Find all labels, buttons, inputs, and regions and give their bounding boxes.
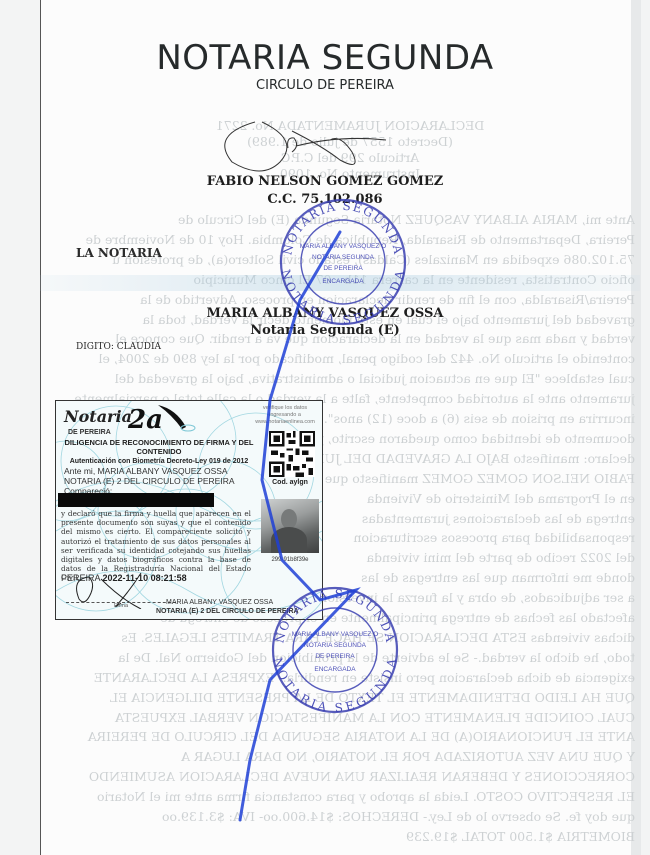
sticker-appearance: Ante mi, MARIA ALBANY VASQUEZ OSSA NOTAR… — [64, 466, 256, 496]
sticker-authentication: Autenticación con Biometría Decreto-Ley … — [64, 458, 254, 465]
signer-id-number: C.C. 75.102.086 — [0, 192, 650, 207]
bleed-through-line: Ante mi, MARIA ALBANY VASQUEZ Notaria Se… — [75, 212, 635, 227]
bleed-through-line: Y QUE UNA VEZ AUTORIZADA POR EL NOTARIO,… — [75, 749, 635, 764]
notary-title: Notaria Segunda (E) — [0, 323, 650, 338]
qr-code-label: Cod. aylgn — [260, 479, 320, 486]
bleed-through-line: exigencia de dicha declaracion pero insi… — [75, 670, 635, 685]
bleed-through-line: Pereira, Departamento de Risaralda, Repu… — [75, 232, 635, 247]
bleed-through-line: DECLARACION JURAMENTADA No. 2271 — [200, 118, 500, 133]
bleed-through-line: que doy fe. Se observo lo de Ley.- DEREC… — [75, 809, 635, 824]
bleed-through-line: dichas viviendas ESTA DECLARACION SE HAC… — [75, 630, 635, 645]
verification-hash: 299-91b8f39e — [260, 557, 320, 563]
qr-code-icon — [269, 431, 315, 477]
scan-highlight-band — [40, 275, 640, 291]
bleed-through-line: contenido el articulo No. 442 del codigo… — [75, 351, 635, 366]
bleed-through-line: QUE HA LEIDO DETENIDAMENTE EL TEXTO DE L… — [75, 690, 635, 705]
sticker-heading: DILIGENCIA DE RECONOCIMIENTO DE FIRMA Y … — [64, 438, 254, 456]
bleed-through-line: ANTE EL FUNCIONARIO(A) DE LA NOTARIA SEG… — [75, 729, 635, 744]
notary-label: LA NOTARIA — [76, 246, 162, 260]
notary-name: MARIA ALBANY VASQUEZ OSSA — [0, 306, 650, 321]
typist-label: DIGITO: CLAUDIA — [76, 342, 161, 352]
quill-icon — [156, 403, 196, 433]
bleed-through-line: CORRECCIONES Y DEBERAN REALIZAR UNA NUEV… — [75, 769, 635, 784]
sticker-logo-city: DE PEREIRA — [68, 429, 111, 436]
sticker-notary-name: MARIA ALBANY VASQUEZ OSSA — [166, 599, 273, 606]
sticker-notary-title: NOTARIA (E) 2 DEL CIRCULO DE PEREIRA — [156, 608, 299, 615]
notary-office-title: NOTARIA SEGUNDA — [0, 38, 650, 78]
notary-office-subtitle: CIRCULO DE PEREIRA — [0, 78, 650, 93]
page-edge-shadow — [631, 0, 641, 855]
bleed-through-line: (Decreto 1557 de julio de 1.989) — [200, 134, 500, 149]
bleed-through-line: todo, he dicho la verdad.- Se le adviert… — [75, 650, 635, 665]
bleed-through-line: EL RESPECTIVO COSTO. Leida la aprobo y p… — [75, 789, 635, 804]
bleed-through-line: Pereira/Risaralda, con el fin de rendir … — [75, 292, 635, 307]
authentication-sticker: Notaria 2a DE PEREIRA verifique los dato… — [55, 400, 323, 620]
bleed-through-line: cual establece "El que en actuacion judi… — [75, 371, 635, 386]
signer-name: FABIO NELSON GOMEZ GOMEZ — [0, 174, 650, 189]
bleed-through-line: Articulo 299 del C.P.C — [200, 150, 500, 165]
bleed-through-line: BIOMETRIA $1.500 TOTAL $19.239 — [75, 829, 635, 844]
sticker-verify-text: verifique los datos ingresando a www.not… — [252, 405, 318, 426]
bleed-through-line: CUAL COINCIDE PLENAMENTE CON LA MANIFEST… — [75, 710, 635, 725]
signature-label: Firma — [114, 603, 128, 609]
sticker-logo-word: Notaria — [64, 407, 132, 426]
redacted-name-bar — [58, 493, 214, 507]
biometric-photo — [261, 499, 319, 553]
